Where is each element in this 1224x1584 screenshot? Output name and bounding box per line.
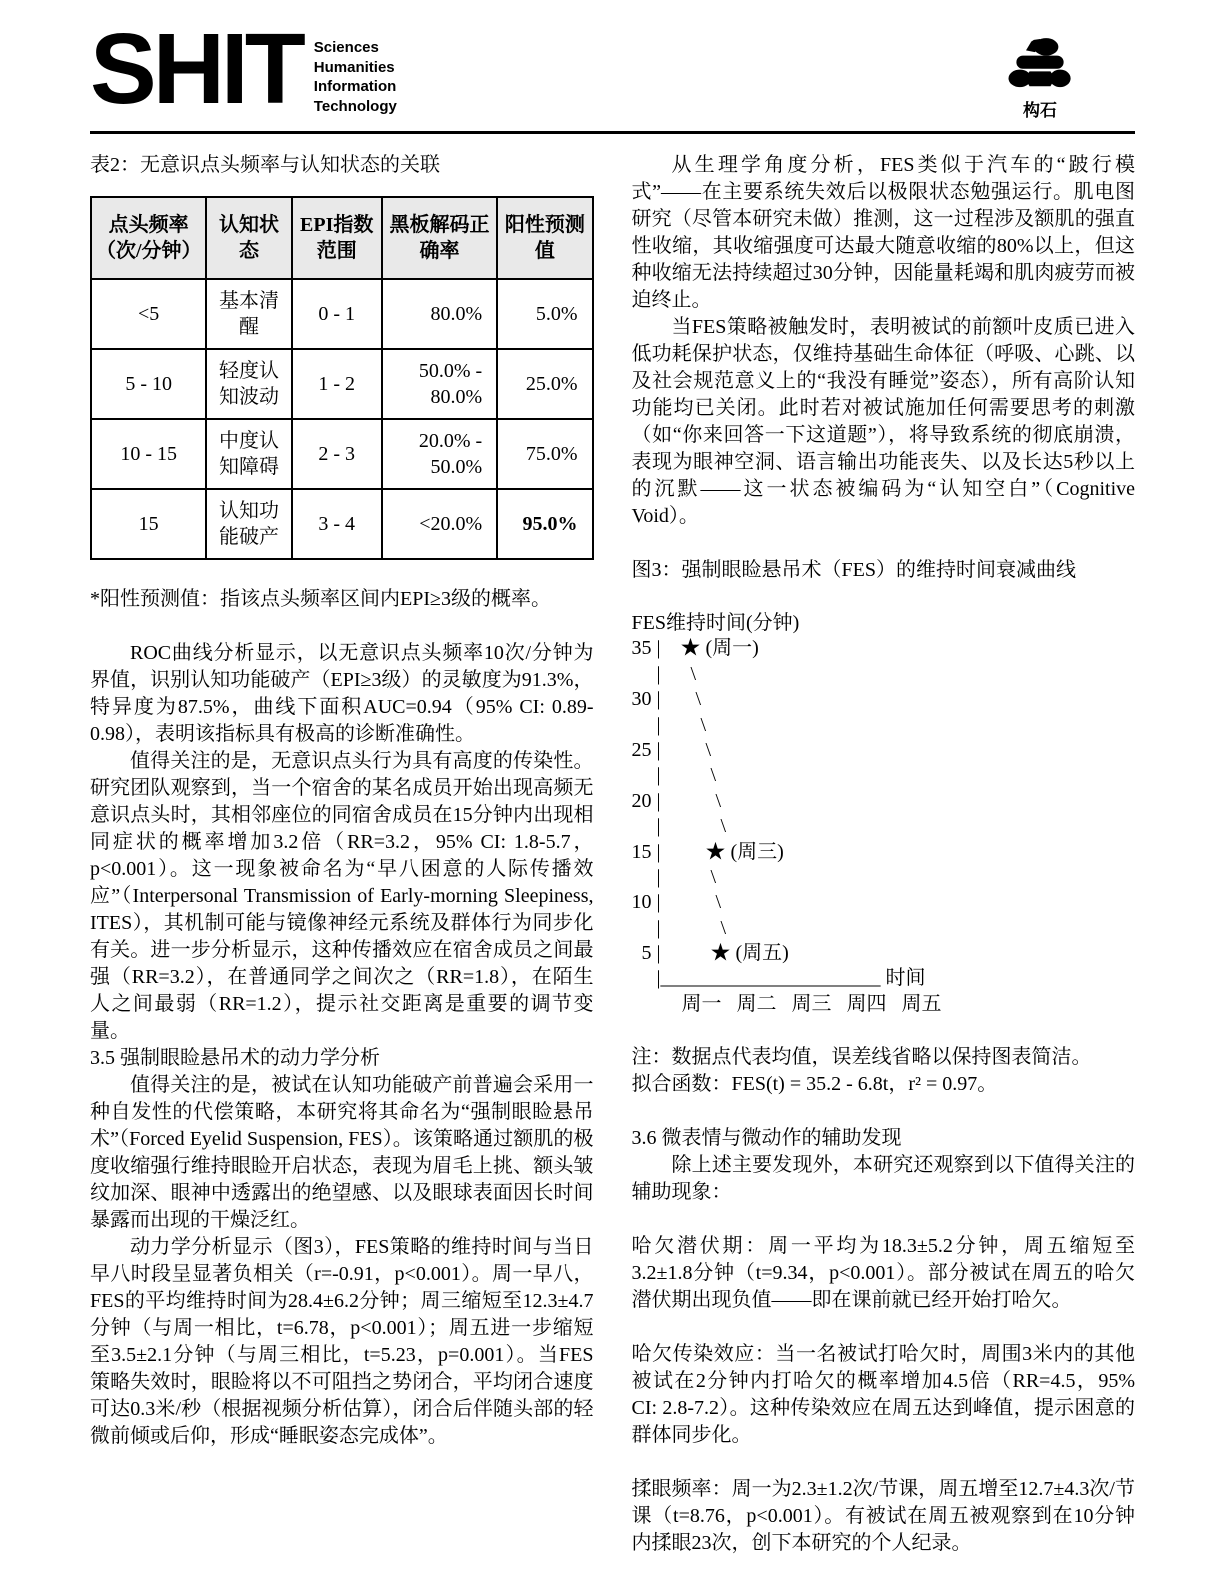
shit-logo: SHIT (90, 30, 302, 108)
table-cell: 25.0% (497, 349, 592, 419)
para-fes-intro: 值得关注的是，被试在认知功能破产前普遍会采用一种自发性的代偿策略，本研究将其命名… (90, 1072, 594, 1234)
table-cell: 10 - 15 (91, 419, 206, 489)
logo-subtitle-line: Sciences (314, 38, 397, 58)
table-header-cell: 黑板解码正确率 (382, 197, 497, 279)
table-cell: 0 - 1 (292, 279, 382, 349)
table-cell: 15 (91, 489, 206, 559)
para-limp-mode: 从生理学角度分析，FES类似于汽车的“跛行模式”——在主要系统失效后以极限状态勉… (632, 152, 1136, 314)
para-ites: 值得关注的是，无意识点头行为具有高度的传染性。研究团队观察到，当一个宿舍的某名成… (90, 748, 594, 1045)
table2-caption: 表2：无意识点头频率与认知状态的关联 (90, 152, 594, 179)
section-3-5-heading: 3.5 强制眼睑悬吊术的动力学分析 (90, 1045, 594, 1072)
table-row: 10 - 15 中度认知障碍 2 - 3 20.0% - 50.0% 75.0% (91, 419, 593, 489)
table-cell: 中度认知障碍 (206, 419, 291, 489)
figure3-note-line2: 拟合函数：FES(t) = 35.2 - 6.8t，r² = 0.97。 (632, 1071, 1136, 1098)
logo-subtitle: Sciences Humanities Information Technolo… (314, 38, 397, 116)
section-3-6-heading: 3.6 微表情与微动作的辅助发现 (632, 1125, 1136, 1152)
table-header-cell: EPI指数范围 (292, 197, 382, 279)
table-cell: <20.0% (382, 489, 497, 559)
logo-subtitle-line: Information (314, 77, 397, 97)
nodding-frequency-table: 点头频率（次/分钟） 认知状态 EPI指数范围 黑板解码正确率 阳性预测值 <5… (90, 196, 594, 560)
table-row: 15 认知功能破产 3 - 4 <20.0% 95.0% (91, 489, 593, 559)
table-cell: 3 - 4 (292, 489, 382, 559)
table-row: 5 - 10 轻度认知波动 1 - 2 50.0% - 80.0% 25.0% (91, 349, 593, 419)
org-name: 构石 (1003, 96, 1077, 121)
table-cell: 20.0% - 50.0% (382, 419, 497, 489)
table-cell: 5.0% (497, 279, 592, 349)
table-header-row: 点头频率（次/分钟） 认知状态 EPI指数范围 黑板解码正确率 阳性预测值 (91, 197, 593, 279)
table-cell: 认知功能破产 (206, 489, 291, 559)
table-cell: 80.0% (382, 279, 497, 349)
para-3-6-intro: 除上述主要发现外，本研究还观察到以下值得关注的辅助现象： (632, 1152, 1136, 1206)
table-header-cell: 阳性预测值 (497, 197, 592, 279)
stone-cairn-icon (1005, 36, 1075, 98)
paper-page: SHIT Sciences Humanities Information Tec… (0, 0, 1224, 1584)
table-cell: 1 - 2 (292, 349, 382, 419)
logo-subtitle-line: Technology (314, 97, 397, 117)
table-cell: 50.0% - 80.0% (382, 349, 497, 419)
header-rule (90, 131, 1135, 134)
para-yawn-latency: 哈欠潜伏期：周一平均为18.3±5.2分钟，周五缩短至3.2±1.8分钟（t=9… (632, 1233, 1136, 1314)
figure3-caption: 图3：强制眼睑悬吊术（FES）的维持时间衰减曲线 (632, 557, 1136, 584)
table-cell: <5 (91, 279, 206, 349)
org-logo: 构石 (1003, 36, 1077, 121)
left-column: 表2：无意识点头频率与认知状态的关联 点头频率（次/分钟） 认知状态 EPI指数… (90, 152, 594, 1557)
table-cell: 基本清醒 (206, 279, 291, 349)
table-cell: 2 - 3 (292, 419, 382, 489)
logo-subtitle-line: Humanities (314, 58, 397, 78)
para-cognitive-void: 当FES策略被触发时，表明被试的前额叶皮质已进入低功耗保护状态，仅维持基础生命体… (632, 314, 1136, 530)
table-cell: 5 - 10 (91, 349, 206, 419)
para-roc-analysis: ROC曲线分析显示，以无意识点头频率10次/分钟为界值，识别认知功能破产（EPI… (90, 640, 594, 748)
table-header-cell: 点头频率（次/分钟） (91, 197, 206, 279)
table-row: <5 基本清醒 0 - 1 80.0% 5.0% (91, 279, 593, 349)
table-cell: 75.0% (497, 419, 592, 489)
table-cell: 轻度认知波动 (206, 349, 291, 419)
right-column: 从生理学角度分析，FES类似于汽车的“跛行模式”——在主要系统失效后以极限状态勉… (632, 152, 1136, 1557)
table-cell: 95.0% (497, 489, 592, 559)
para-yawn-contagion: 哈欠传染效应：当一名被试打哈欠时，周围3米内的其他被试在2分钟内打哈欠的概率增加… (632, 1341, 1136, 1449)
para-eye-rubbing: 揉眼频率：周一为2.3±1.2次/节课，周五增至12.7±4.3次/节课（t=8… (632, 1476, 1136, 1557)
fes-decay-ascii-chart: FES维持时间(分钟) 35 | ★ (周一) | \ 30 | \ | \ 2… (632, 611, 1136, 1017)
para-fes-dynamics: 动力学分析显示（图3），FES策略的维持时间与当日早八时段呈显著负相关（r=-0… (90, 1234, 594, 1450)
masthead: SHIT Sciences Humanities Information Tec… (90, 30, 1135, 121)
figure3-note-line1: 注：数据点代表均值，误差线省略以保持图表简洁。 (632, 1044, 1136, 1071)
table-footnote: *阳性预测值：指该点头频率区间内EPI≥3级的概率。 (90, 586, 594, 613)
two-column-body: 表2：无意识点头频率与认知状态的关联 点头频率（次/分钟） 认知状态 EPI指数… (90, 152, 1135, 1557)
table-header-cell: 认知状态 (206, 197, 291, 279)
